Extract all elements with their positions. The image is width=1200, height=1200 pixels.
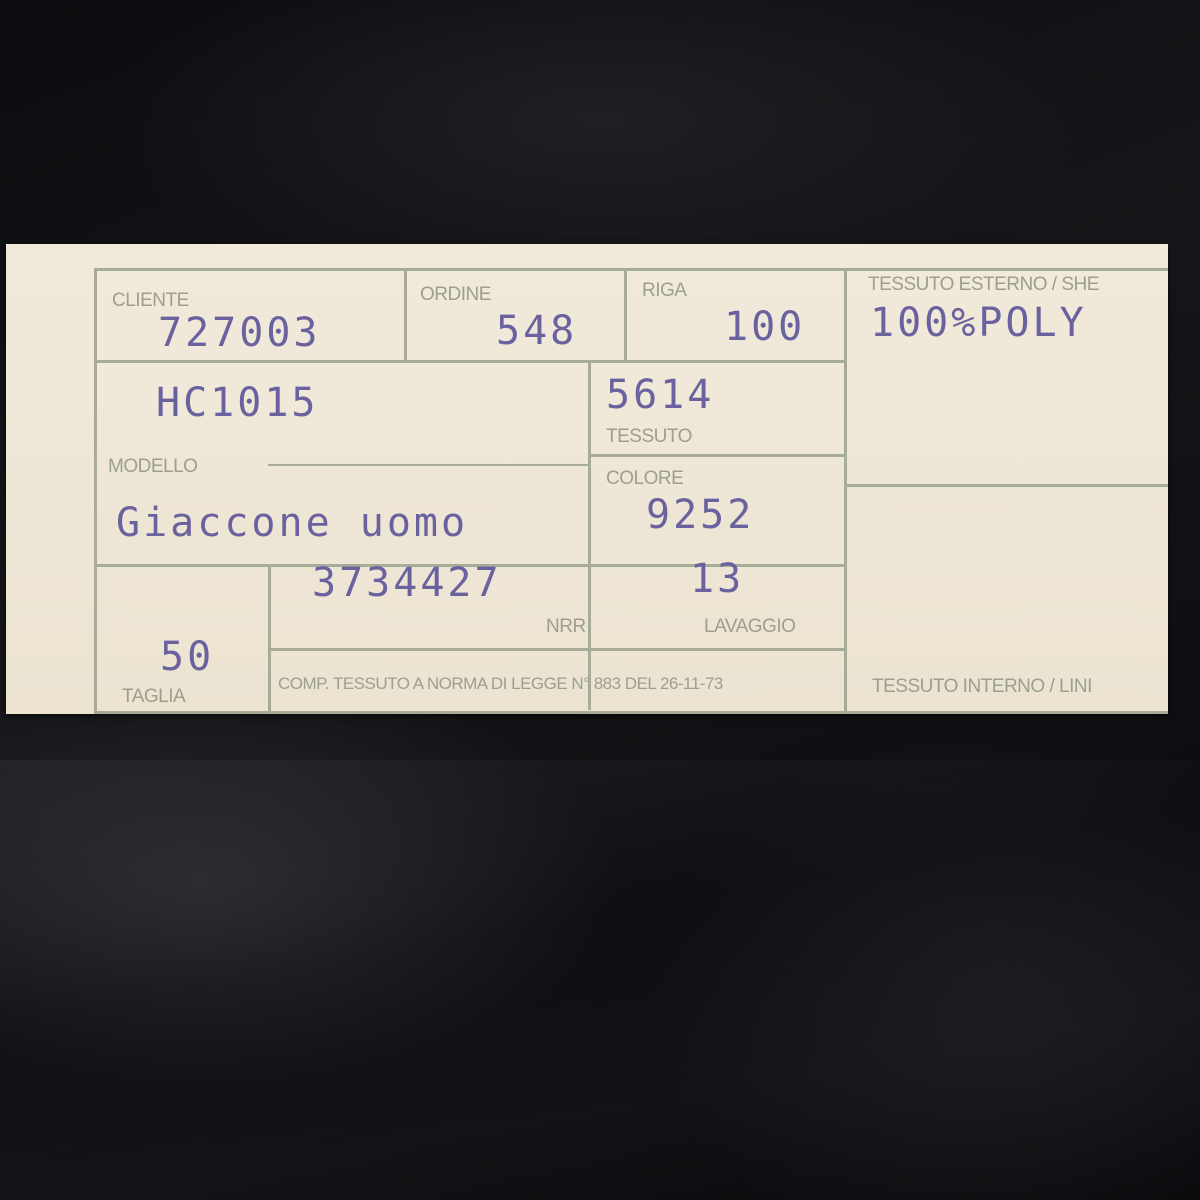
cliente-value: 727003: [158, 310, 321, 356]
tessuto-esterno-caption: TESSUTO ESTERNO / SHE: [868, 274, 1099, 296]
divider: [404, 268, 407, 362]
frame-top: [94, 268, 1168, 271]
divider: [588, 454, 846, 457]
legal-notice: COMP. TESSUTO A NORMA DI LEGGE N° 883 DE…: [278, 674, 723, 694]
divider: [94, 360, 846, 363]
taglia-value: 50: [160, 634, 214, 680]
frame-bottom: [94, 711, 1168, 714]
tessuto-value: 5614: [606, 372, 714, 418]
divider: [624, 268, 627, 362]
lavaggio-caption: LAVAGGIO: [704, 616, 795, 638]
divider: [588, 360, 591, 710]
taglia-caption: TAGLIA: [122, 686, 185, 708]
tessuto-esterno-value: 100%POLY: [870, 300, 1087, 346]
modello-caption: MODELLO: [108, 456, 197, 478]
colore-value: 9252: [646, 492, 754, 538]
divider: [268, 564, 271, 712]
modello-value: Giaccone uomo: [116, 500, 468, 546]
nrr-value: 3734427: [312, 560, 502, 606]
nrr-caption: NRR: [546, 616, 586, 638]
colore-caption: COLORE: [606, 468, 683, 490]
ordine-value: 548: [496, 308, 577, 354]
lavaggio-value: 13: [690, 556, 744, 602]
tessuto-caption: TESSUTO: [606, 426, 692, 448]
ordine-caption: ORDINE: [420, 284, 491, 306]
tessuto-interno-caption: TESSUTO INTERNO / LINI: [872, 676, 1092, 698]
divider: [268, 464, 588, 466]
divider: [846, 484, 1168, 487]
model-code-value: HC1015: [156, 380, 319, 426]
frame-left: [94, 268, 97, 714]
divider: [268, 648, 846, 651]
garment-label: CLIENTE 727003 ORDINE 548 RIGA 100 TESSU…: [6, 244, 1168, 714]
cliente-caption: CLIENTE: [112, 290, 189, 312]
riga-value: 100: [724, 304, 805, 350]
fabric-fold: [0, 760, 1200, 1200]
riga-caption: RIGA: [642, 280, 686, 302]
